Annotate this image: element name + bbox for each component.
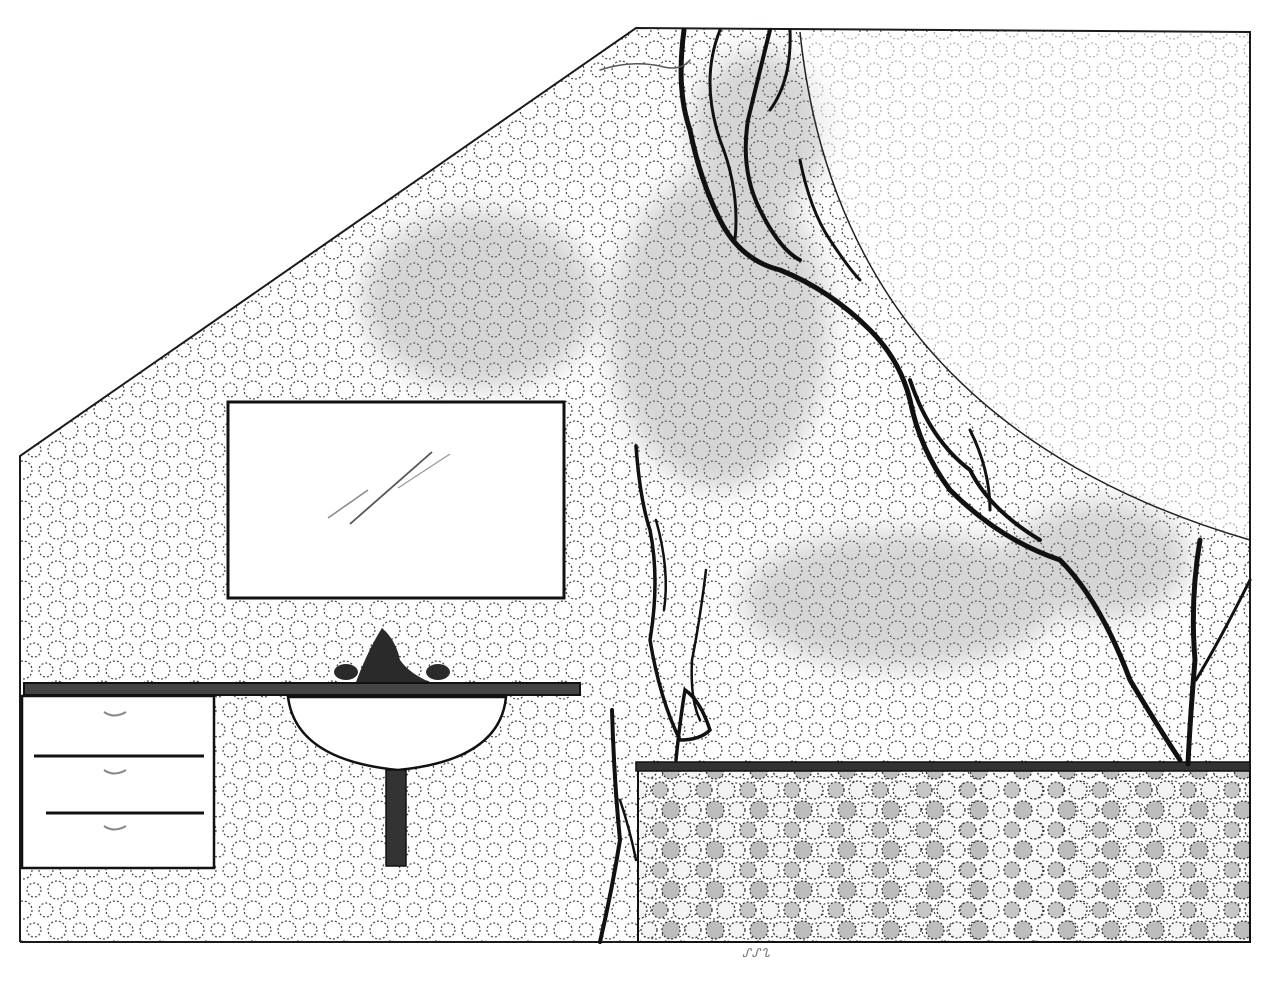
countertop [24,683,580,695]
elevation-drawing [0,0,1283,984]
artist-signature: ᔑᔑᔐ [742,946,771,961]
mirror [228,402,564,598]
drain-pipe [386,770,406,866]
drawer-cabinet [22,696,214,868]
low-wall [636,762,1250,942]
